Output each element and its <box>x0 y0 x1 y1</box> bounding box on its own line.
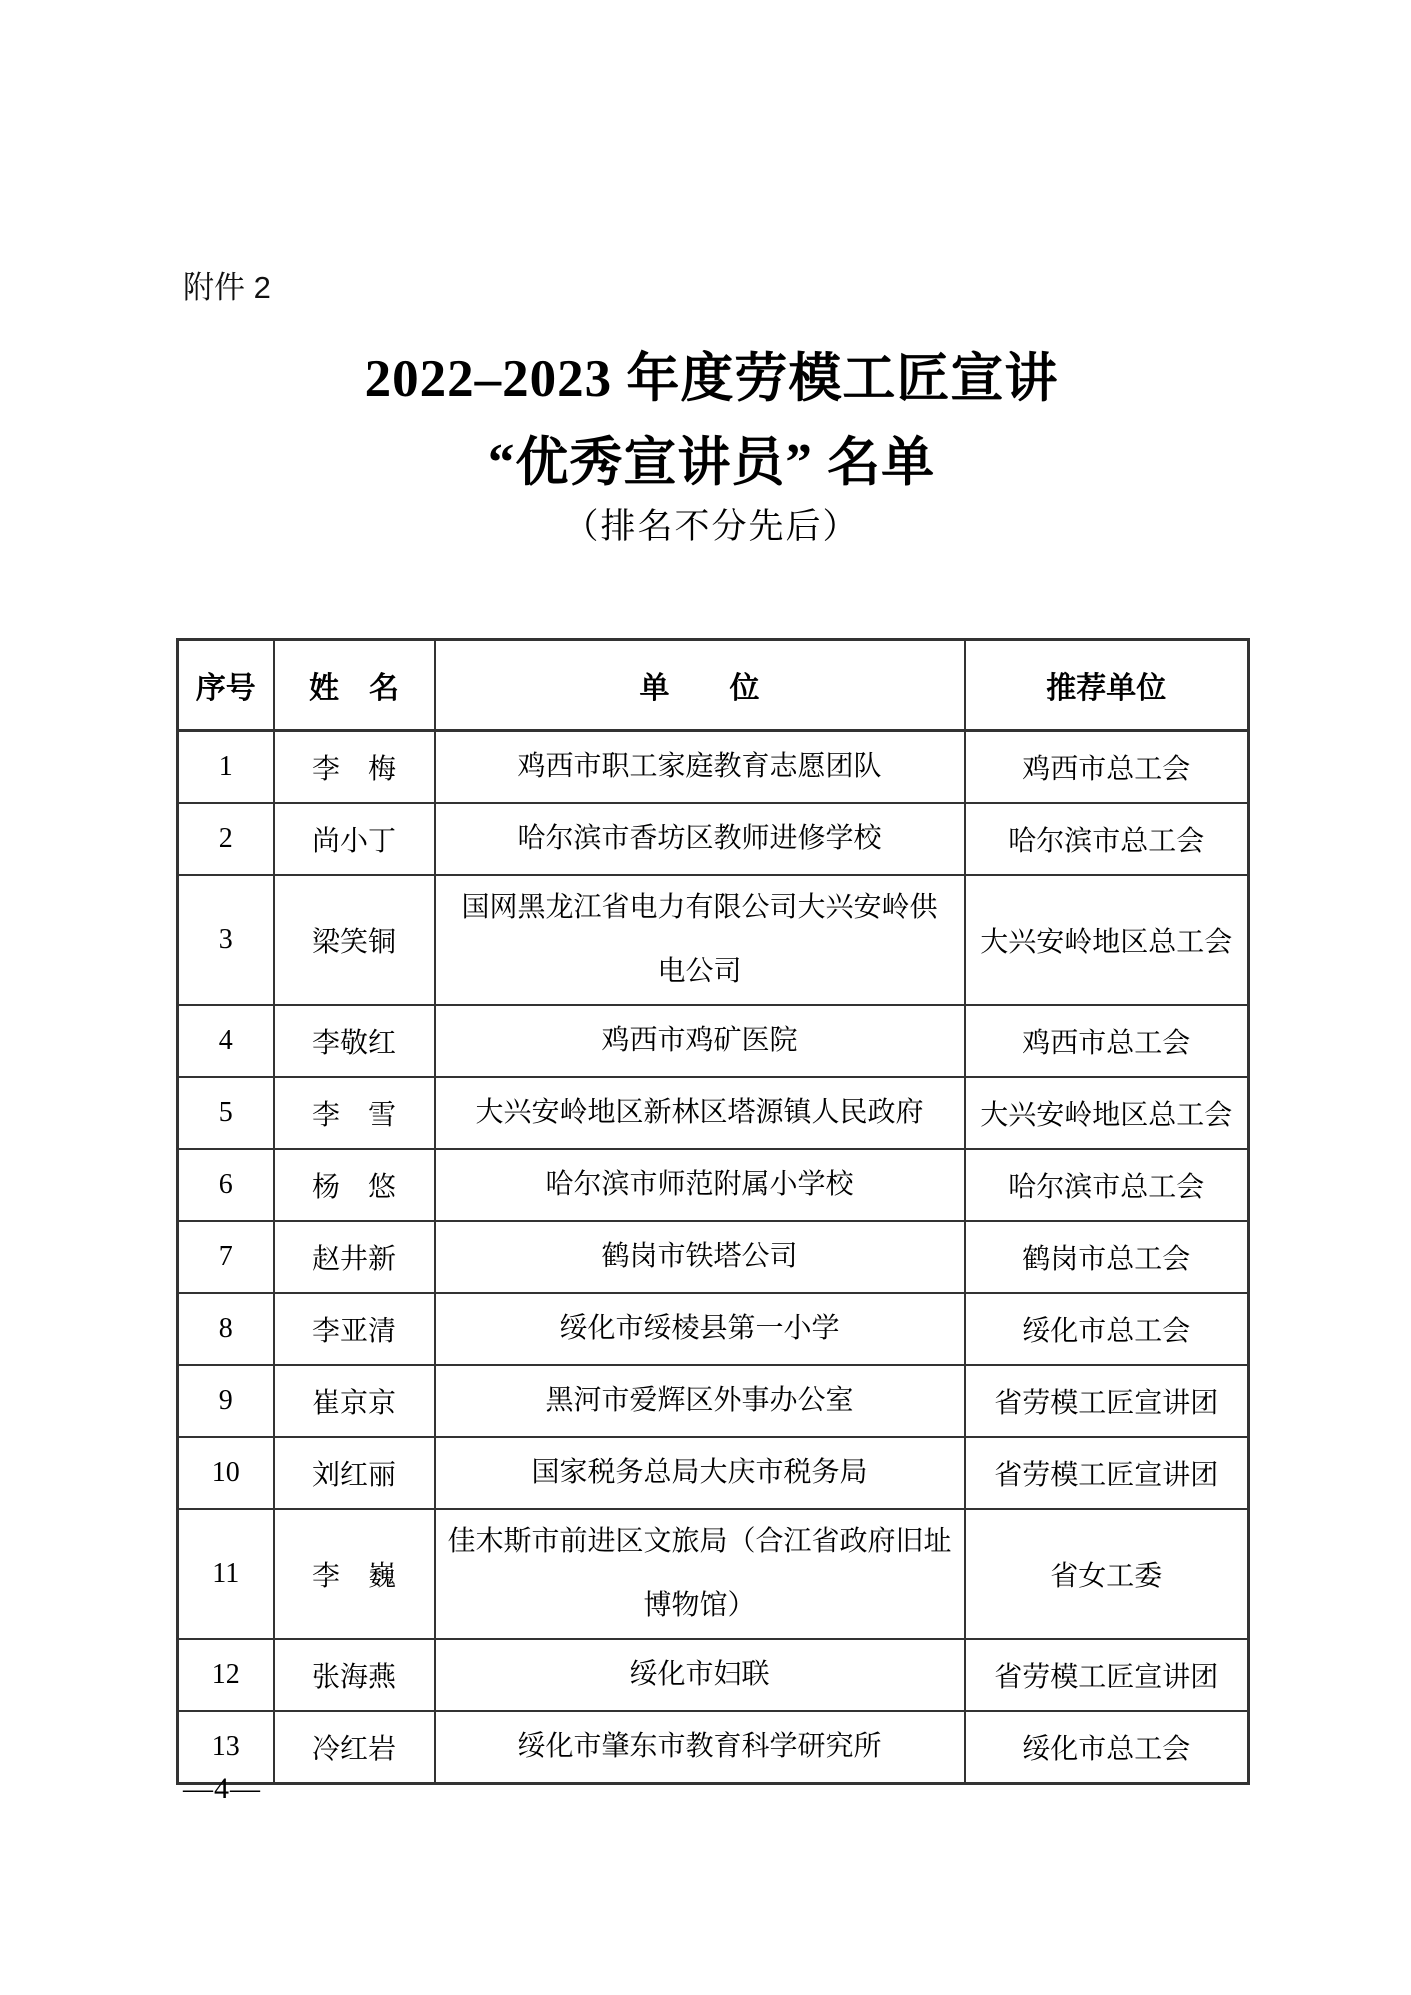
row-serial: 8 <box>178 1293 274 1365</box>
row-name: 李 巍 <box>274 1509 435 1639</box>
document-page: { "page": { "attachment_label": "附件 2", … <box>0 0 1411 1995</box>
row-unit: 国网黑龙江省电力有限公司大兴安岭供 电公司 <box>435 875 965 1005</box>
row-name: 刘红丽 <box>274 1437 435 1509</box>
table-row: 3梁笑铜国网黑龙江省电力有限公司大兴安岭供 电公司大兴安岭地区总工会 <box>178 875 1249 1005</box>
row-unit: 大兴安岭地区新林区塔源镇人民政府 <box>435 1077 965 1149</box>
row-recommender: 哈尔滨市总工会 <box>965 803 1249 875</box>
table-row: 10刘红丽国家税务总局大庆市税务局省劳模工匠宣讲团 <box>178 1437 1249 1509</box>
row-unit: 鸡西市鸡矿医院 <box>435 1005 965 1077</box>
row-recommender: 省劳模工匠宣讲团 <box>965 1437 1249 1509</box>
row-unit: 鸡西市职工家庭教育志愿团队 <box>435 731 965 804</box>
row-recommender: 省劳模工匠宣讲团 <box>965 1639 1249 1711</box>
roster-table-body: 1李 梅鸡西市职工家庭教育志愿团队鸡西市总工会2尚小丁哈尔滨市香坊区教师进修学校… <box>178 731 1249 1784</box>
row-name: 梁笑铜 <box>274 875 435 1005</box>
row-recommender: 绥化市总工会 <box>965 1711 1249 1784</box>
document-title-line1: 2022–2023 年度劳模工匠宣讲 <box>176 336 1247 412</box>
row-serial: 3 <box>178 875 274 1005</box>
row-unit: 哈尔滨市师范附属小学校 <box>435 1149 965 1221</box>
row-name: 冷红岩 <box>274 1711 435 1784</box>
row-serial: 11 <box>178 1509 274 1639</box>
row-recommender: 鹤岗市总工会 <box>965 1221 1249 1293</box>
row-serial: 10 <box>178 1437 274 1509</box>
col-header-name: 姓 名 <box>274 640 435 731</box>
row-recommender: 哈尔滨市总工会 <box>965 1149 1249 1221</box>
col-header-unit: 单 位 <box>435 640 965 731</box>
row-recommender: 鸡西市总工会 <box>965 1005 1249 1077</box>
roster-table: 序号 姓 名 单 位 推荐单位 1李 梅鸡西市职工家庭教育志愿团队鸡西市总工会2… <box>176 638 1250 1785</box>
attachment-label: 附件 2 <box>183 262 271 307</box>
row-recommender: 大兴安岭地区总工会 <box>965 1077 1249 1149</box>
row-recommender: 省劳模工匠宣讲团 <box>965 1365 1249 1437</box>
row-name: 张海燕 <box>274 1639 435 1711</box>
document-subtitle: （排名不分先后） <box>176 499 1247 549</box>
row-unit: 绥化市绥棱县第一小学 <box>435 1293 965 1365</box>
row-recommender: 绥化市总工会 <box>965 1293 1249 1365</box>
row-unit: 国家税务总局大庆市税务局 <box>435 1437 965 1509</box>
table-row: 8李亚清绥化市绥棱县第一小学绥化市总工会 <box>178 1293 1249 1365</box>
row-name: 李 梅 <box>274 731 435 804</box>
table-row: 13冷红岩绥化市肇东市教育科学研究所绥化市总工会 <box>178 1711 1249 1784</box>
row-serial: 5 <box>178 1077 274 1149</box>
table-row: 7赵井新鹤岗市铁塔公司鹤岗市总工会 <box>178 1221 1249 1293</box>
row-serial: 6 <box>178 1149 274 1221</box>
row-name: 赵井新 <box>274 1221 435 1293</box>
col-header-serial: 序号 <box>178 640 274 731</box>
row-name: 尚小丁 <box>274 803 435 875</box>
row-unit: 鹤岗市铁塔公司 <box>435 1221 965 1293</box>
table-row: 5李 雪大兴安岭地区新林区塔源镇人民政府大兴安岭地区总工会 <box>178 1077 1249 1149</box>
row-serial: 9 <box>178 1365 274 1437</box>
row-name: 李敬红 <box>274 1005 435 1077</box>
table-header-row: 序号 姓 名 单 位 推荐单位 <box>178 640 1249 731</box>
row-unit: 黑河市爱辉区外事办公室 <box>435 1365 965 1437</box>
row-recommender: 鸡西市总工会 <box>965 731 1249 804</box>
row-name: 崔京京 <box>274 1365 435 1437</box>
row-recommender: 大兴安岭地区总工会 <box>965 875 1249 1005</box>
table-row: 12张海燕绥化市妇联省劳模工匠宣讲团 <box>178 1639 1249 1711</box>
row-serial: 2 <box>178 803 274 875</box>
page-number: —4— <box>183 1772 261 1806</box>
col-header-recommender: 推荐单位 <box>965 640 1249 731</box>
table-row: 6杨 悠哈尔滨市师范附属小学校哈尔滨市总工会 <box>178 1149 1249 1221</box>
table-row: 9崔京京黑河市爱辉区外事办公室省劳模工匠宣讲团 <box>178 1365 1249 1437</box>
table-row: 2尚小丁哈尔滨市香坊区教师进修学校哈尔滨市总工会 <box>178 803 1249 875</box>
table-row: 1李 梅鸡西市职工家庭教育志愿团队鸡西市总工会 <box>178 731 1249 804</box>
document-title-line2: “优秀宣讲员” 名单 <box>176 420 1247 496</box>
row-serial: 12 <box>178 1639 274 1711</box>
row-unit: 哈尔滨市香坊区教师进修学校 <box>435 803 965 875</box>
row-unit: 绥化市妇联 <box>435 1639 965 1711</box>
row-recommender: 省女工委 <box>965 1509 1249 1639</box>
row-name: 杨 悠 <box>274 1149 435 1221</box>
row-unit: 佳木斯市前进区文旅局（合江省政府旧址 博物馆） <box>435 1509 965 1639</box>
row-serial: 4 <box>178 1005 274 1077</box>
row-name: 李 雪 <box>274 1077 435 1149</box>
table-row: 4李敬红鸡西市鸡矿医院鸡西市总工会 <box>178 1005 1249 1077</box>
row-name: 李亚清 <box>274 1293 435 1365</box>
row-unit: 绥化市肇东市教育科学研究所 <box>435 1711 965 1784</box>
row-serial: 7 <box>178 1221 274 1293</box>
table-row: 11李 巍佳木斯市前进区文旅局（合江省政府旧址 博物馆）省女工委 <box>178 1509 1249 1639</box>
row-serial: 1 <box>178 731 274 804</box>
